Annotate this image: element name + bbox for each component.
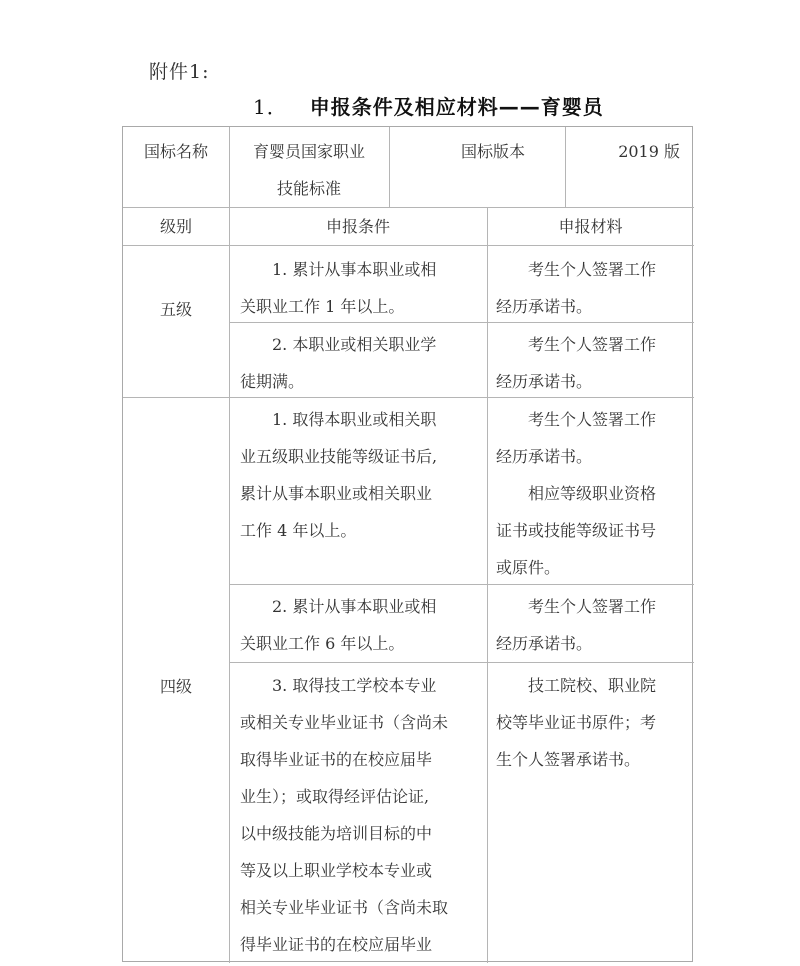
material-cell: 考生个人签署工作 经历承诺书。: [487, 251, 694, 325]
header-level: 级别: [123, 208, 229, 245]
material-cell: 考生个人签署工作 经历承诺书。: [487, 588, 694, 662]
condition-cell: 1. 累计从事本职业或相 关职业工作 1 年以上。: [229, 251, 487, 325]
document-title: 1．申报条件及相应材料——育婴员: [253, 91, 604, 120]
material-cell: 考生个人签署工作 经历承诺书。: [487, 326, 694, 400]
header-conditions: 申报条件: [229, 208, 487, 245]
standard-version-label: 国标版本: [389, 133, 565, 170]
condition-cell: 2. 本职业或相关职业学 徒期满。: [229, 326, 487, 400]
condition-cell: 2. 累计从事本职业或相 关职业工作 6 年以上。: [229, 588, 487, 662]
level-label: 五级: [123, 291, 229, 328]
material-cell: 考生个人签署工作 经历承诺书。 相应等级职业资格 证书或技能等级证书号 或原件。: [487, 401, 694, 586]
row-divider: [123, 245, 694, 246]
material-cell: 技工院校、职业院 校等毕业证书原件；考 生个人签署承诺书。: [487, 667, 694, 778]
row-divider: [229, 662, 694, 663]
requirements-table: 国标名称 育婴员国家职业 技能标准 国标版本 2019 版 级别 申报条件 申报…: [122, 126, 693, 962]
condition-cell: 1. 取得本职业或相关职 业五级职业技能等级证书后, 累计从事本职业或相关职业 …: [229, 401, 487, 549]
standard-name-label: 国标名称: [123, 133, 229, 170]
level-label: 四级: [123, 668, 229, 705]
title-text: 申报条件及相应材料——育婴员: [310, 95, 604, 119]
standard-name-value: 育婴员国家职业 技能标准: [229, 133, 389, 207]
standard-version-value: 2019 版: [565, 133, 694, 170]
condition-cell: 3. 取得技工学校本专业 或相关专业毕业证书（含尚未 取得毕业证书的在校应届毕 …: [229, 667, 487, 963]
title-number: 1．: [253, 95, 288, 119]
attachment-label: 附件1:: [149, 57, 210, 84]
header-materials: 申报材料: [487, 208, 694, 245]
